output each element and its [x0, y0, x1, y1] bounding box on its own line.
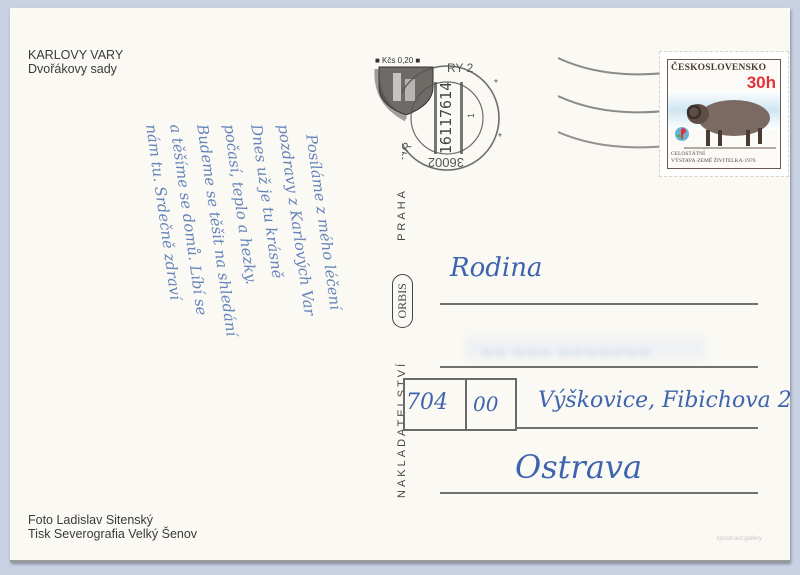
address-line-3 — [515, 427, 758, 429]
svg-text:36002: 36002 — [428, 155, 464, 170]
svg-text:*: * — [498, 132, 502, 143]
orbis-logo: ORBIS — [392, 274, 413, 327]
address-street: Výškovice, Fibichova 21 — [538, 388, 790, 413]
caption-location: Dvořákovy sady — [28, 62, 123, 76]
handwritten-message: Posíláme z mého léčenípozdravy z Karlový… — [160, 118, 340, 498]
svg-text:*: * — [494, 78, 498, 89]
address-recipient: Rodina — [450, 253, 542, 283]
postcard-back: KARLOVY VARY Dvořákovy sady Posíláme z m… — [10, 8, 790, 562]
zip-code-part-2: 00 — [473, 392, 498, 416]
stamp-country: ČESKOSLOVENSKO — [671, 63, 766, 73]
redacted-street-line: ~~ ~~~ ~~~~~~~ — [480, 343, 651, 362]
caption-place: KARLOVY VARY — [28, 48, 123, 62]
print-credits: Foto Ladislav Sitenský Tisk Severografia… — [28, 513, 197, 541]
photo-credit: Foto Ladislav Sitenský — [28, 513, 197, 527]
svg-text:KAR: KAR — [402, 139, 415, 168]
svg-text:RY 2: RY 2 — [447, 61, 474, 75]
zip-code-part-1: 704 — [406, 390, 448, 415]
print-credit: Tisk Severografia Velký Šenov — [28, 527, 197, 541]
address-line-1 — [440, 303, 758, 305]
address-line-2 — [440, 366, 758, 368]
svg-text:16117614: 16117614 — [437, 82, 455, 154]
front-caption: KARLOVY VARY Dvořákovy sady — [28, 48, 123, 76]
ram-sheep-icon — [676, 90, 776, 150]
publisher-city: PRAHA — [396, 188, 408, 241]
watermark: #postcard.gallery — [716, 536, 762, 542]
address-city: Ostrava — [515, 448, 642, 486]
svg-text:1: 1 — [466, 113, 476, 118]
exhibition-logo-icon — [674, 126, 690, 142]
publisher-imprint: NAKLADATELSTVÍ ORBIS PRAHA — [388, 188, 416, 498]
address-line-4 — [440, 492, 758, 494]
postage-stamp: ČESKOSLOVENSKO 30h CELOSTÁTNÍ VÝSTAVA·ZE… — [660, 52, 788, 176]
postmark: 16117614 1 RY 2 KAR 36002 * * — [402, 56, 512, 191]
stamp-caption: CELOSTÁTNÍ VÝSTAVA·ZEMĚ ŽIVITELKA·1976 — [671, 151, 755, 165]
